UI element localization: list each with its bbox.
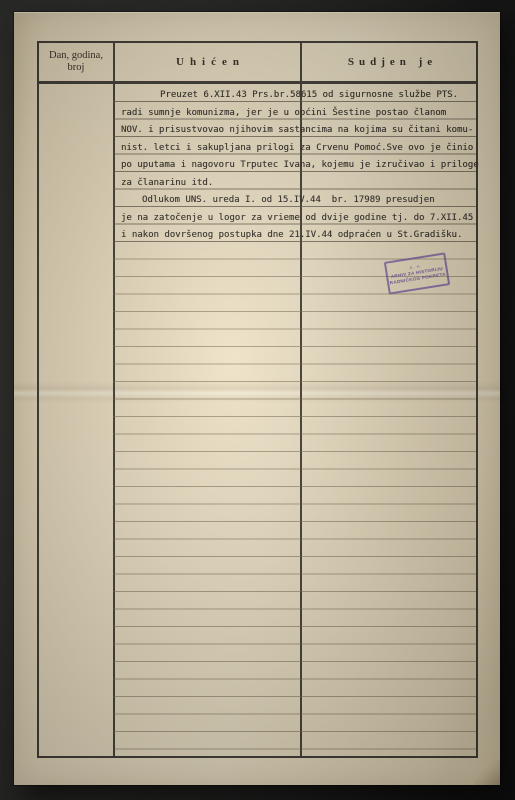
typed-line: Odlukom UNS. ureda I. od 15.IV.44 br. 17… bbox=[142, 194, 435, 207]
header-col-sudjen-je: Sudjen je bbox=[302, 43, 478, 81]
typed-line: po uputama i nagovoru Trputec Ivana, koj… bbox=[121, 159, 479, 172]
typed-line: radi sumnje komunizma, jer je u općini Š… bbox=[121, 107, 446, 120]
scan-background: Dan, godina, broj Uhićen Sudjen je Preuz… bbox=[0, 0, 515, 800]
header-col1-line1: Dan, godina, bbox=[49, 50, 103, 62]
column-divider-1 bbox=[113, 43, 115, 756]
header-col1-line2: broj bbox=[68, 62, 85, 74]
typed-line: je na zatočenje u logor za vrieme od dvi… bbox=[121, 212, 473, 225]
form-table: Dan, godina, broj Uhićen Sudjen je Preuz… bbox=[37, 41, 478, 758]
paper-corner-fold bbox=[474, 759, 500, 785]
typed-line: NOV. i prisustvovao njihovim sastancima … bbox=[121, 124, 473, 137]
typed-line: i nakon dovršenog postupka dne 21.IV.44 … bbox=[121, 229, 462, 242]
header-col-dan-godina-broj: Dan, godina, broj bbox=[39, 43, 113, 81]
typed-line: nist. letci i sakupljana prilogi za Crve… bbox=[121, 142, 473, 155]
header-col-uhicen: Uhićen bbox=[115, 43, 300, 81]
archive-stamp: A. H. ARHIV ZA HISTORIJU RADNIČKOG POKRE… bbox=[384, 252, 450, 294]
document-paper: Dan, godina, broj Uhićen Sudjen je Preuz… bbox=[14, 12, 500, 785]
header-separator bbox=[39, 81, 476, 84]
typed-line: Preuzet 6.XII.43 Prs.br.58615 od sigurno… bbox=[160, 89, 458, 102]
typed-line: za članarinu itd. bbox=[121, 177, 213, 190]
